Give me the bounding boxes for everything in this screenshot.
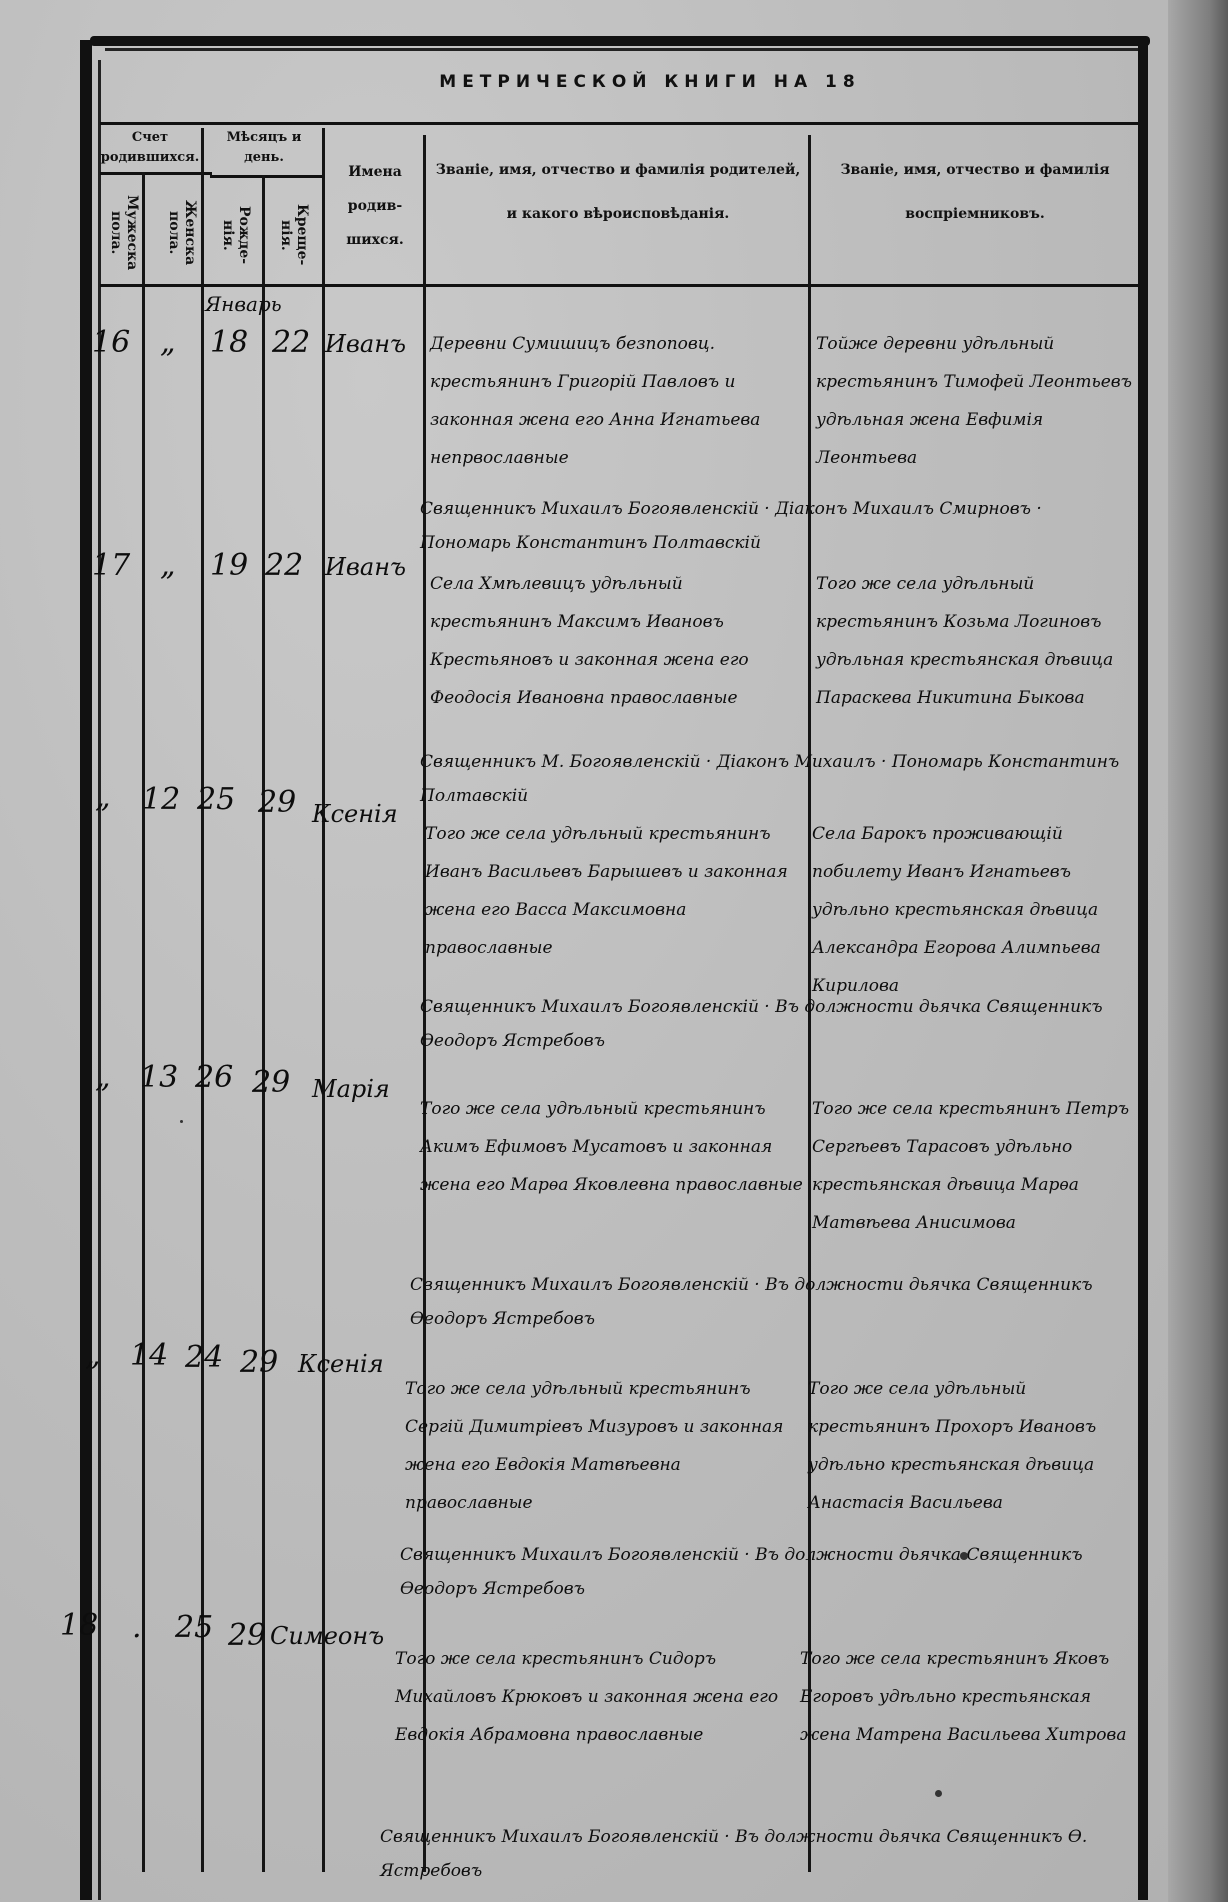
clergy-signature: Священникъ Михаилъ Богоявленскій · Въ до…: [400, 1538, 1135, 1606]
header-sub-rule-count: [100, 172, 212, 175]
header-birth-count: Счет родившихся.: [100, 128, 200, 168]
parents-text: Того же села крестьянинъ Сидоръ Михайлов…: [395, 1640, 795, 1754]
female-number: „: [160, 548, 176, 583]
female-number: „: [160, 325, 176, 360]
header-bottom-rule: [100, 284, 1140, 287]
header-month-day: Мѣсяцъ и день.: [205, 128, 323, 168]
baptism-day: 29: [252, 1065, 290, 1100]
baptism-day: 22: [272, 325, 310, 360]
paper-speck: [935, 1790, 942, 1797]
male-number: „: [85, 1338, 101, 1373]
female-number: .: [132, 1610, 142, 1645]
male-number: 16: [92, 325, 130, 360]
female-number: 13: [140, 1060, 178, 1095]
birth-day: 24: [185, 1340, 223, 1375]
parents-text: Деревни Сумишицъ безпоповц. крестьянинъ …: [430, 325, 805, 477]
header-male: Мужеска пола.: [108, 185, 140, 280]
baptism-day: 29: [240, 1345, 278, 1380]
parents-text: Села Хмѣлевицъ удѣльный крестьянинъ Макс…: [430, 565, 805, 717]
birth-day: 25: [197, 782, 235, 817]
godparents-text: Тойже деревни удѣльный крестьянинъ Тимоф…: [816, 325, 1136, 477]
female-number: 14: [130, 1338, 168, 1373]
baptism-day: 29: [228, 1618, 266, 1653]
child-name: Иванъ: [325, 553, 406, 581]
male-number: 18: [60, 1608, 98, 1643]
month-label: Январь: [205, 292, 282, 316]
header-baptism-date: Креще- нія.: [278, 190, 310, 280]
header-godparents: Званіе, имя, отчество и фамилія воспріем…: [815, 148, 1135, 236]
godparents-text: Того же села крестьянинъ Яковъ Егоровъ у…: [800, 1640, 1135, 1754]
baptism-day: 29: [258, 785, 296, 820]
header-female: Женска пола.: [166, 185, 198, 280]
clergy-signature: Священникъ Михаилъ Богоявленскій · Въ до…: [420, 990, 1135, 1058]
parents-text: Того же села удѣльный крестьянинъ Акимъ …: [420, 1090, 805, 1204]
birth-day: 26: [195, 1060, 233, 1095]
male-number: „: [95, 780, 111, 815]
child-name: Марія: [312, 1075, 390, 1103]
female-number: 12: [142, 782, 180, 817]
male-number: „: [95, 1060, 111, 1095]
godparents-text: Того же села крестьянинъ Петръ Сергѣевъ …: [812, 1090, 1137, 1242]
clergy-signature: Священникъ Михаилъ Богоявленскій · Въ до…: [380, 1820, 1140, 1888]
child-name: Симеонъ: [270, 1622, 384, 1650]
clergy-signature: Священникъ Михаилъ Богоявленскій · Въ до…: [410, 1268, 1135, 1336]
clergy-signature: Священникъ Михаилъ Богоявленскій · Діако…: [420, 492, 1135, 560]
godparents-text: Села Барокъ проживающій побилету Иванъ И…: [812, 815, 1137, 1005]
parents-text: Того же села удѣльный крестьянинъ Сергій…: [405, 1370, 800, 1522]
register-page: МЕТРИЧЕСКОЙ КНИГИ НА 18 Счет родившихся.…: [0, 0, 1228, 1902]
birth-day: 18: [210, 325, 248, 360]
child-name: Ксенія: [298, 1350, 384, 1378]
parents-text: Того же села удѣльный крестьянинъ Иванъ …: [425, 815, 805, 967]
top-border-thick: [90, 36, 1150, 46]
right-border-thick: [1138, 40, 1148, 1900]
child-name: Ксенія: [312, 800, 398, 828]
baptism-day: 22: [265, 548, 303, 583]
col-divider-1: [142, 172, 145, 1872]
header-sub-rule-date: [210, 175, 322, 178]
clergy-signature: Священникъ М. Богоявленскій · Діаконъ Ми…: [420, 745, 1135, 813]
birth-day: 19: [210, 548, 248, 583]
page-edge-shadow: [1168, 0, 1228, 1902]
birth-day: 25: [175, 1610, 213, 1645]
child-name: Иванъ: [325, 330, 406, 358]
male-number: 17: [92, 548, 130, 583]
header-parents: Званіе, имя, отчество и фамилія родителе…: [432, 148, 804, 236]
page-title: МЕТРИЧЕСКОЙ КНИГИ НА 18: [370, 72, 930, 92]
paper-speck: [180, 1120, 183, 1123]
paper-speck: [960, 1552, 968, 1560]
header-names: Имена родив- шихся.: [330, 155, 420, 257]
godparents-text: Того же села удѣльный крестьянинъ Козьма…: [816, 565, 1136, 717]
header-top-rule: [100, 122, 1140, 125]
top-border-thin: [105, 48, 1145, 51]
header-birth-date: Рожде- нія.: [220, 190, 252, 280]
godparents-text: Того же села удѣльный крестьянинъ Прохор…: [808, 1370, 1138, 1522]
col-divider-4: [322, 128, 325, 1872]
